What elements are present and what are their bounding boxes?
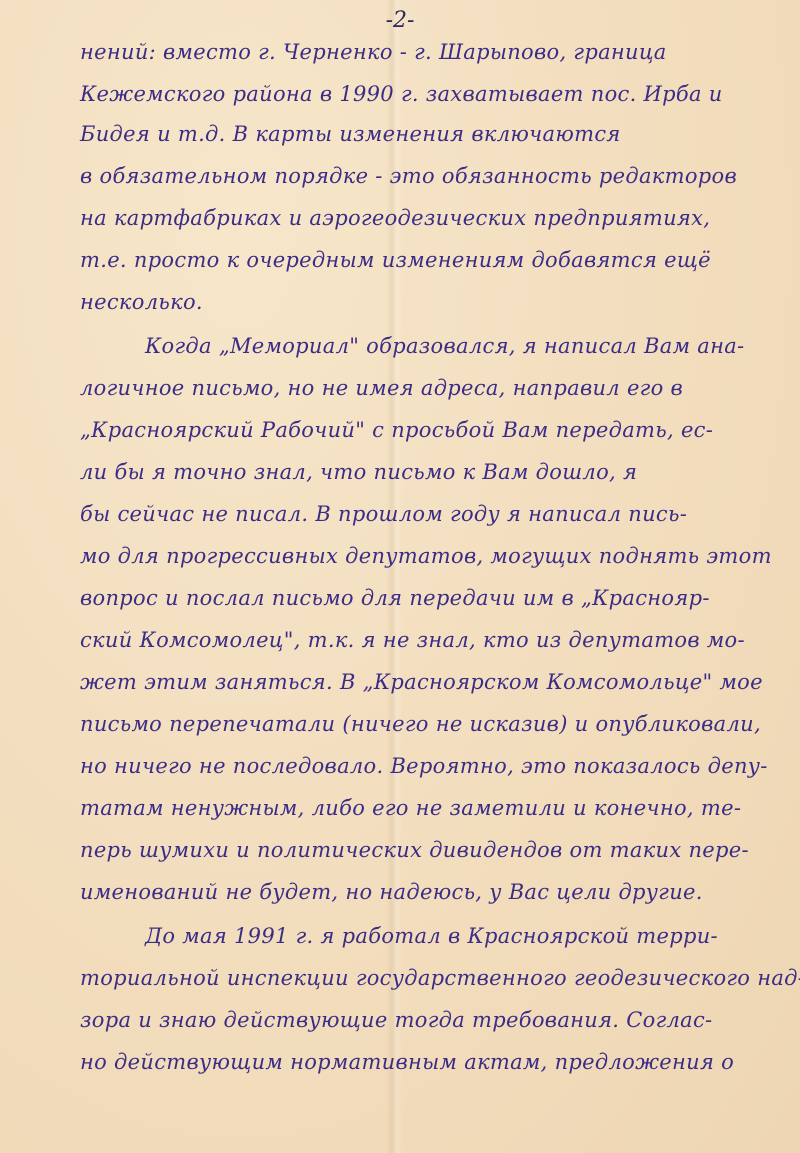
text-line: жет этим заняться. В „Красноярском Комсо…	[80, 670, 772, 694]
text-line: ториальной инспекции государственного ге…	[80, 966, 772, 990]
text-line: но действующим нормативным актам, предло…	[80, 1050, 772, 1074]
text-line: До мая 1991 г. я работал в Красноярской …	[145, 924, 772, 948]
text-line: логичное письмо, но не имея адреса, напр…	[80, 376, 772, 400]
text-line: бы сейчас не писал. В прошлом году я нап…	[80, 502, 772, 526]
page-number: -2-	[0, 8, 800, 33]
text-line: но ничего не последовало. Вероятно, это …	[80, 754, 772, 778]
text-line: Когда „Мемориал" образовался, я написал …	[145, 334, 772, 358]
text-line: нений: вместо г. Черненко - г. Шарыпово,…	[80, 40, 772, 64]
text-line: именований не будет, но надеюсь, у Вас ц…	[80, 880, 772, 904]
text-line: перь шумихи и политических дивидендов от…	[80, 838, 772, 862]
text-line: Кежемского района в 1990 г. захватывает …	[80, 82, 772, 106]
text-line: т.е. просто к очередным изменениям добав…	[80, 248, 772, 272]
text-line: письмо перепечатали (ничего не исказив) …	[80, 712, 772, 736]
handwritten-letter-page: -2- нений: вместо г. Черненко - г. Шарып…	[0, 0, 800, 1153]
text-line: на картфабриках и аэрогеодезических пред…	[80, 206, 772, 230]
text-line: мо для прогрессивных депутатов, могущих …	[80, 544, 772, 568]
text-line: в обязательном порядке - это обязанность…	[80, 164, 772, 188]
text-line: вопрос и послал письмо для передачи им в…	[80, 586, 772, 610]
text-line: зора и знаю действующие тогда требования…	[80, 1008, 772, 1032]
text-line: ский Комсомолец", т.к. я не знал, кто из…	[80, 628, 772, 652]
text-line: Бидея и т.д. В карты изменения включаютс…	[80, 122, 772, 146]
text-line: несколько.	[80, 290, 772, 314]
text-line: „Красноярский Рабочий" с просьбой Вам пе…	[80, 418, 772, 442]
text-line: татам ненужным, либо его не заметили и к…	[80, 796, 772, 820]
text-line: ли бы я точно знал, что письмо к Вам дош…	[80, 460, 772, 484]
